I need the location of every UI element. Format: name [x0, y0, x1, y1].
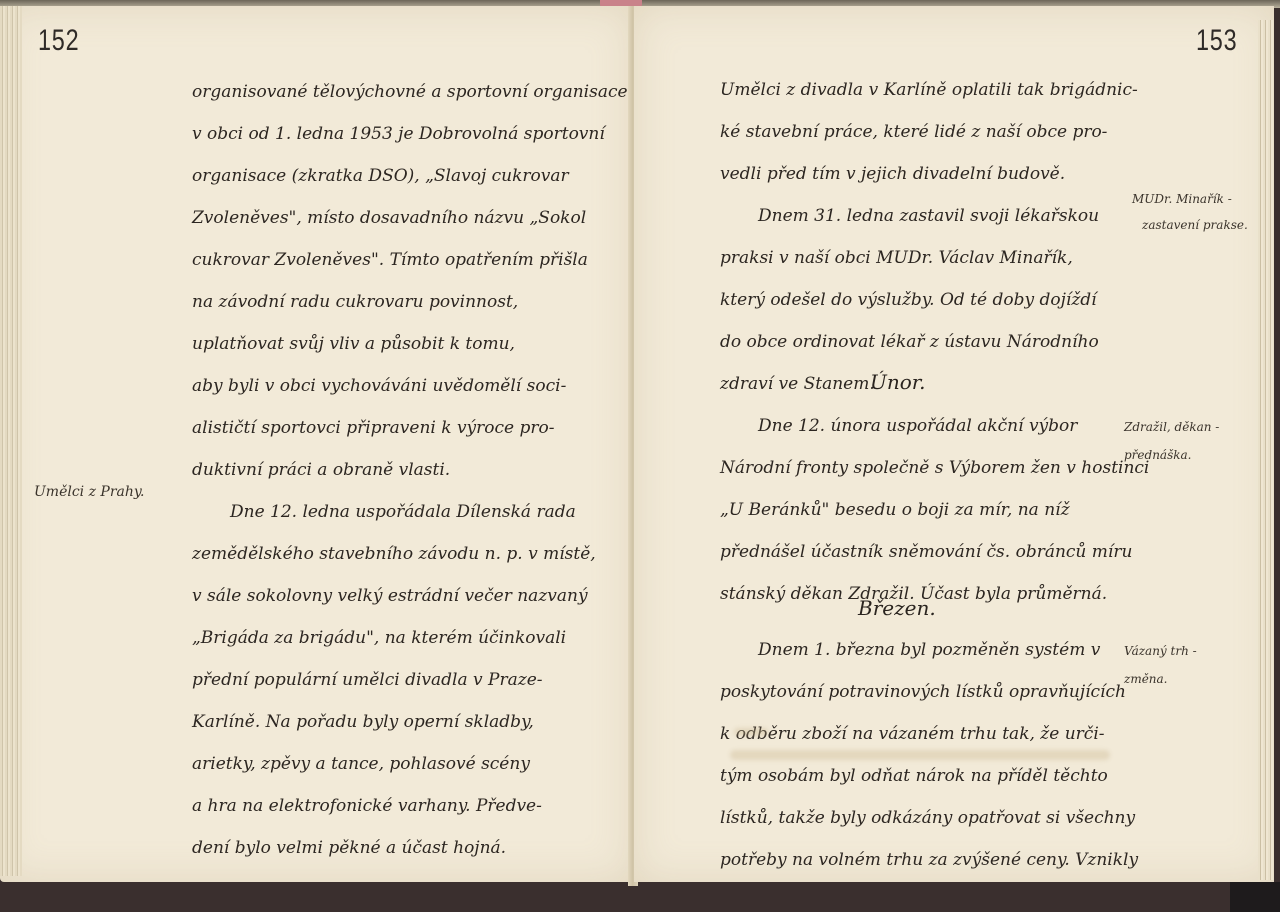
section-heading-unor: Únor. [870, 370, 926, 394]
text-line: a hra na elektrofonické varhany. Předve- [192, 796, 542, 816]
text-line: „Brigáda za brigádu", na kterém účinkova… [192, 628, 566, 648]
text-line: organisované tělovýchovné a sportovní or… [192, 82, 628, 102]
text-line: cukrovar Zvoleněves". Tímto opatřením př… [192, 250, 588, 270]
margin-note: MUDr. Minařík - [1132, 192, 1232, 206]
margin-note: přednáška. [1124, 448, 1191, 462]
text-line: organisace (zkratka DSO), „Slavoj cukrov… [192, 166, 569, 186]
text-line: přední populární umělci divadla v Praze- [192, 670, 543, 690]
page-number-left: 152 [38, 24, 79, 58]
text-line: dení bylo velmi pěkné a účast hojná. [192, 838, 506, 858]
text-line: Umělci z divadla v Karlíně oplatili tak … [720, 80, 1138, 100]
margin-note: změna. [1124, 672, 1168, 686]
text-line: vedli před tím v jejich divadelní budově… [720, 164, 1065, 184]
text-line: ké stavební práce, které lidé z naší obc… [720, 122, 1107, 142]
text-line: aby byli v obci vychováváni uvědomělí so… [192, 376, 566, 396]
page-number-right: 153 [1196, 24, 1237, 58]
text-line: Národní fronty společně s Výborem žen v … [720, 458, 1149, 478]
text-line: Karlíně. Na pořadu byly operní skladby, [192, 712, 534, 732]
left-page: 152 organisované tělovýchovné a sportovn… [0, 6, 632, 882]
text-line: Dnem 31. ledna zastavil svoji lékařskou [758, 206, 1099, 226]
page-stack-right [1258, 20, 1274, 880]
margin-note: Umělci z Prahy. [34, 484, 144, 500]
text-line: k odběru zboží na vázaném trhu tak, že u… [720, 724, 1105, 744]
text-line: potřeby na volném trhu za zvýšené ceny. … [720, 850, 1138, 870]
paper-stain [734, 728, 768, 736]
section-heading-brezen: Březen. [858, 596, 936, 620]
text-line: zemědělského stavebního závodu n. p. v m… [192, 544, 596, 564]
text-line: Dne 12. ledna uspořádala Dílenská rada [230, 502, 576, 522]
paper-stain [730, 750, 1110, 760]
text-line: v sále sokolovny velký estrádní večer na… [192, 586, 588, 606]
text-line: Dnem 1. března byl pozměněn systém v [758, 640, 1100, 660]
text-line: na závodní radu cukrovaru povinnost, [192, 292, 518, 312]
right-page: 153 Umělci z divadla v Karlíně oplatili … [634, 6, 1274, 882]
text-line: Zvoleněves", místo dosavadního názvu „So… [192, 208, 586, 228]
text-line: v obci od 1. ledna 1953 je Dobrovolná sp… [192, 124, 605, 144]
background-corner [1230, 882, 1280, 912]
text-line: arietky, zpěvy a tance, pohlasové scény [192, 754, 530, 774]
margin-note: Zdražil, děkan - [1124, 420, 1219, 434]
text-line: duktivní práci a obraně vlasti. [192, 460, 450, 480]
text-line: uplatňovat svůj vliv a působit k tomu, [192, 334, 515, 354]
text-line: praksi v naší obci MUDr. Václav Minařík, [720, 248, 1073, 268]
text-line: Dne 12. února uspořádal akční výbor [758, 416, 1077, 436]
margin-note: Vázaný trh - [1124, 644, 1197, 658]
margin-note: zastavení prakse. [1142, 218, 1248, 232]
text-line: přednášel účastník sněmování čs. obránců… [720, 542, 1132, 562]
page-stack-left [0, 6, 22, 876]
text-line: alističtí sportovci připraveni k výroce … [192, 418, 555, 438]
text-line: do obce ordinovat lékař z ústavu Národní… [720, 332, 1099, 352]
text-line: tým osobám byl odňat nárok na příděl těc… [720, 766, 1108, 786]
text-line: „U Beránků" besedu o boji za mír, na níž [720, 500, 1070, 520]
text-line: poskytování potravinových lístků opravňu… [720, 682, 1126, 702]
text-line: zdraví ve Stanem. [720, 374, 875, 394]
text-line: který odešel do výslužby. Od té doby doj… [720, 290, 1097, 310]
text-line: lístků, takže byly odkázány opatřovat si… [720, 808, 1135, 828]
